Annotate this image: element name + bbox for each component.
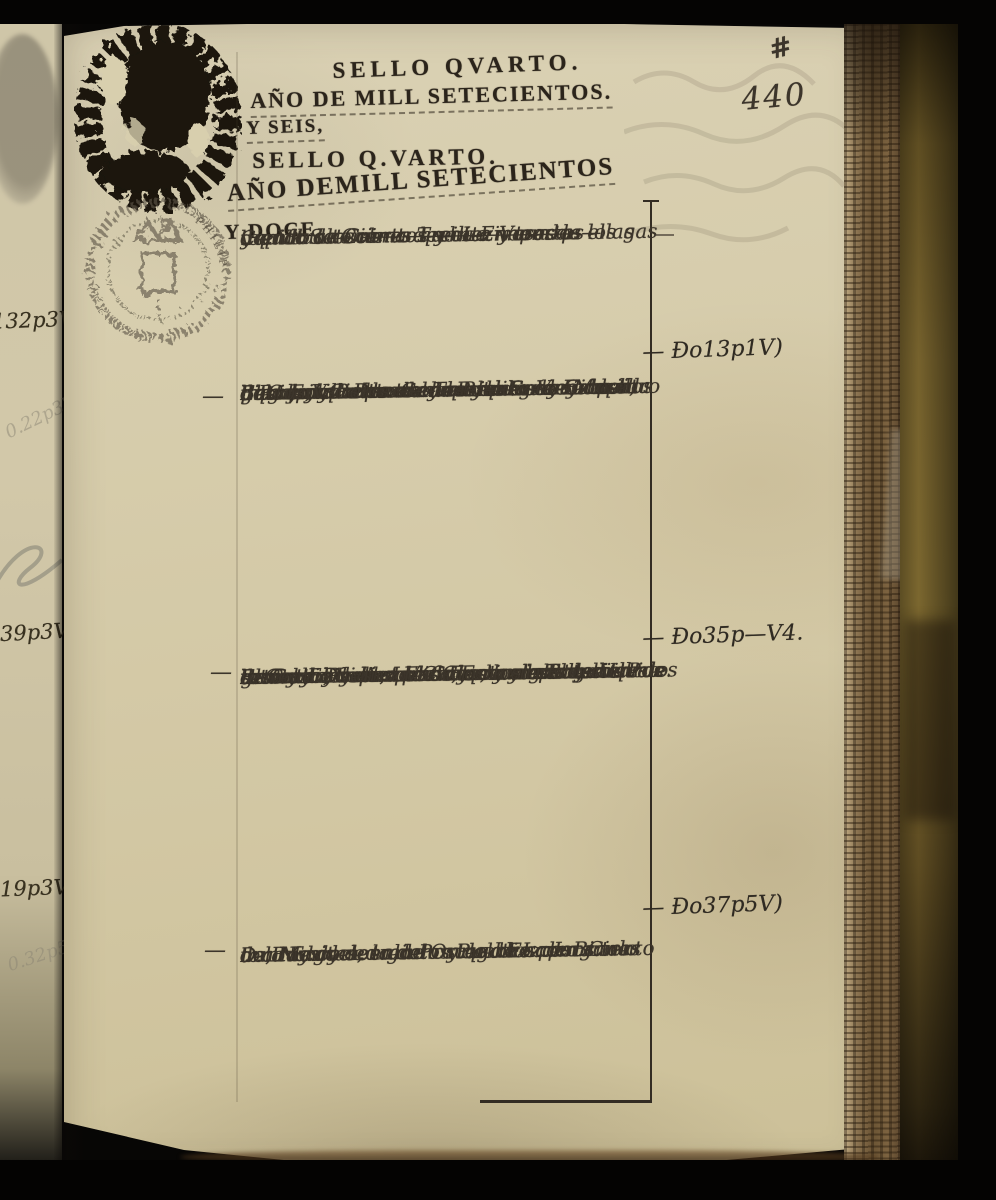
inked-wreath-seal <box>74 22 242 214</box>
closing-rule <box>480 1100 652 1103</box>
pencil-scribble <box>0 490 62 610</box>
tax-stamp1-title: SELLO QVARTO. <box>332 49 583 84</box>
manuscript-line: gastos Vsuales —————— <box>240 373 517 409</box>
margin-amount: — Đo35p—V4. <box>642 620 804 651</box>
coat-of-arms-seal: PHILIP <box>76 192 242 352</box>
manuscript-photo: 132p3V2 0.22p3V2 39p3V2 19p3V) 0.32p5V2 <box>0 0 996 1200</box>
paragraph-lead-dash: — <box>202 384 224 409</box>
column-guide-line <box>236 52 238 1102</box>
background-bottom <box>0 1160 996 1200</box>
margin-amount: — Đo37p5V) <box>642 891 783 921</box>
cover-shadow <box>905 620 955 820</box>
paragraph-lead-dash: — <box>210 660 232 685</box>
manuscript-line: tos Vsuales ———————————— <box>240 218 602 253</box>
margin-amount: — Đo13p1V) <box>642 335 783 365</box>
entry-paragraph-2: El Capitan Don Ger.mo de Soto Encom.ro d… <box>240 371 660 378</box>
entry-paragraph-3: El Gr.al D.n Antonio Fernandez de Roxas … <box>240 655 660 662</box>
entry-paragraph-4: D.a Magdelena de Ortega Encom.ra dela En… <box>240 933 660 940</box>
background-black <box>958 0 996 1200</box>
manuscript-line: tomines y dos granos del diez por Ciento <box>240 933 655 970</box>
manuscript-page: PHILIP SELLO QVARTO. AÑO DE MILL SETECIE… <box>64 22 870 1174</box>
page-edges-stack <box>844 18 904 1168</box>
manuscript-line: tecientos y diez Vasados los gastos Vsua… <box>240 654 678 692</box>
background-top <box>0 0 996 24</box>
seal-bleedthrough <box>0 34 58 204</box>
vellum-cover <box>900 0 962 1200</box>
paragraph-lead-dash: — <box>204 938 226 963</box>
ink-bleedthrough <box>624 52 870 272</box>
previous-page-edge <box>0 20 62 1160</box>
vertical-rule <box>650 200 652 1102</box>
